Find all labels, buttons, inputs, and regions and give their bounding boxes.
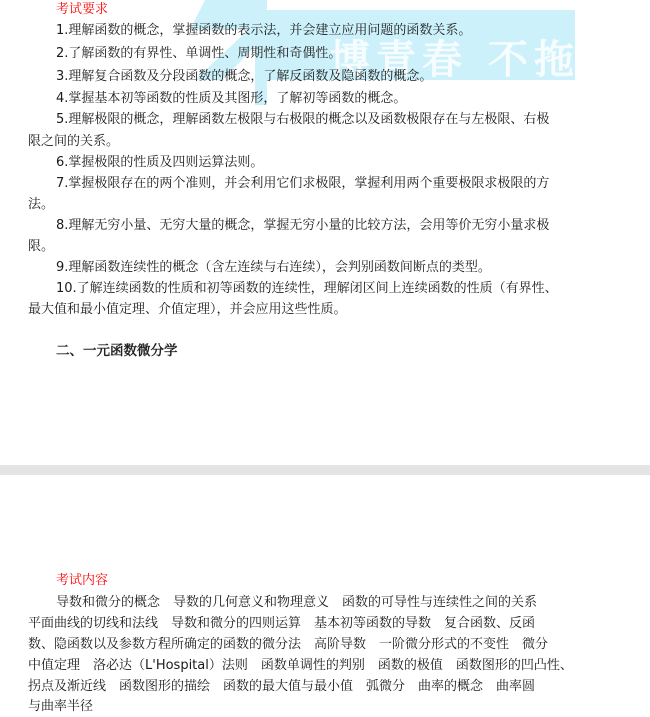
- page-separator: [0, 465, 650, 475]
- requirement-line: 法。: [28, 197, 54, 213]
- content-line: 中值定理 洛必达（L'Hospital）法则 函数单调性的判别 函数的极值 函数…: [28, 658, 573, 674]
- chapter-heading: 二、一元函数微分学: [56, 343, 178, 359]
- requirement-line: 限之间的关系。: [28, 134, 119, 150]
- content-line: 拐点及渐近线 函数图形的描绘 函数的最大值与最小值 弧微分 曲率的概念 曲率圆: [28, 679, 535, 695]
- document-page-2: 考试内容 导数和微分的概念 导数的几何意义和物理意义 函数的可导性与连续性之间的…: [0, 475, 650, 717]
- requirement-line: 1.理解函数的概念，掌握函数的表示法，并会建立应用问题的函数关系。: [56, 23, 471, 39]
- section-label-exam-content: 考试内容: [56, 573, 108, 589]
- requirement-line: 5.理解极限的概念，理解函数左极限与右极限的概念以及函数极限存在与左极限、右极: [56, 112, 549, 128]
- document-page-1: 博青春 不拖“研” 考试要求 1.理解函数的概念，掌握函数的表示法，并会建立应用…: [0, 0, 650, 465]
- watermark-logo-icon: [0, 0, 650, 130]
- content-line: 与曲率半径: [28, 699, 93, 715]
- watermark: 博青春 不拖“研”: [0, 0, 650, 130]
- section-label-exam-requirements: 考试要求: [56, 2, 108, 18]
- requirement-line: 7.掌握极限存在的两个准则，并会利用它们求极限，掌握利用两个重要极限求极限的方: [56, 176, 549, 192]
- requirement-line: 限。: [28, 239, 54, 255]
- requirement-line: 3.理解复合函数及分段函数的概念，了解反函数及隐函数的概念。: [56, 69, 432, 85]
- content-line: 平面曲线的切线和法线 导数和微分的四则运算 基本初等函数的导数 复合函数、反函: [28, 616, 535, 632]
- requirement-line: 8.理解无穷小量、无穷大量的概念，掌握无穷小量的比较方法，会用等价无穷小量求极: [56, 218, 549, 234]
- requirement-line: 最大值和最小值定理、介值定理），并会应用这些性质。: [28, 302, 347, 318]
- requirement-line: 9.理解函数连续性的概念（含左连续与右连续），会判别函数间断点的类型。: [56, 260, 491, 276]
- requirement-line: 4.掌握基本初等函数的性质及其图形，了解初等函数的概念。: [56, 91, 406, 107]
- content-line: 导数和微分的概念 导数的几何意义和物理意义 函数的可导性与连续性之间的关系: [56, 595, 537, 611]
- requirement-line: 2.了解函数的有界性、单调性、周期性和奇偶性。: [56, 46, 341, 62]
- requirement-line: 6.掌握极限的性质及四则运算法则。: [56, 155, 263, 171]
- requirement-line: 10.了解连续函数的性质和初等函数的连续性，理解闭区间上连续函数的性质（有界性、: [56, 281, 558, 297]
- content-line: 数、隐函数以及参数方程所确定的函数的微分法 高阶导数 一阶微分形式的不变性 微分: [28, 637, 548, 653]
